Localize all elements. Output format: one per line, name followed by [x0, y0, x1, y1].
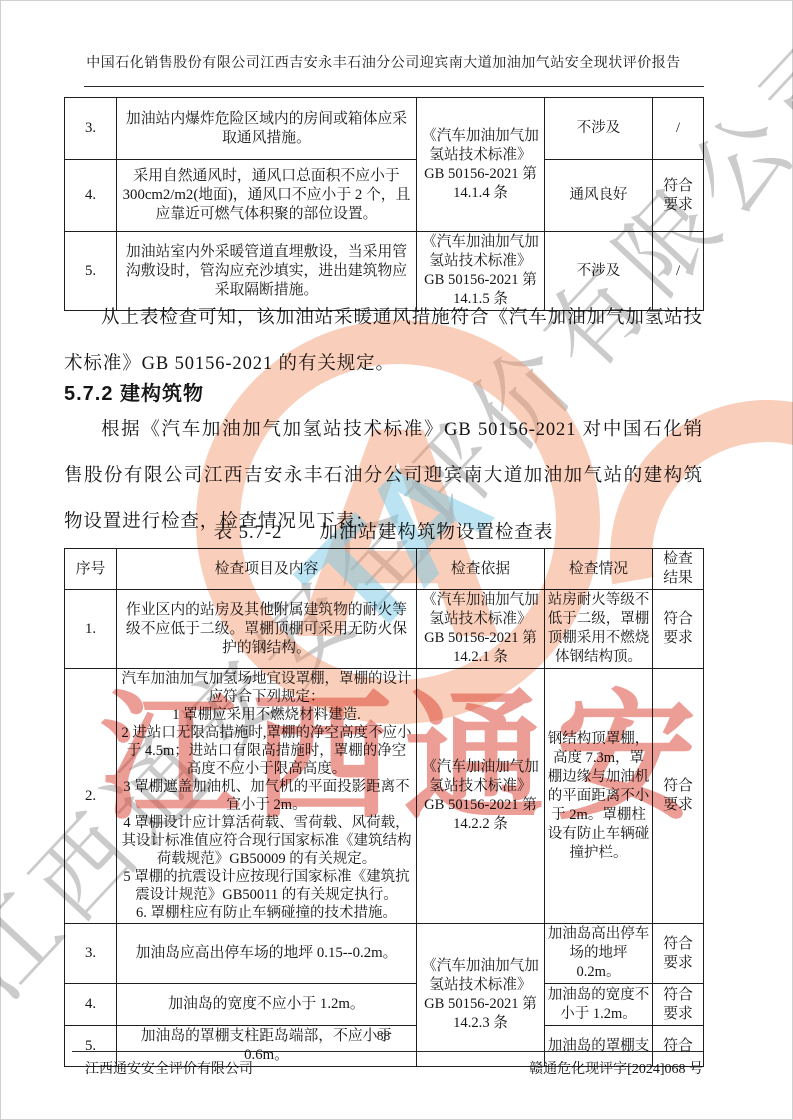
table-row: 3. 加油岛应高出停车场的地坪 0.15--0.2m。 《汽车加油加气加氢站技术…: [65, 924, 704, 984]
row-basis: 《汽车加油加气加氢站技术标准》GB 50156-2021 第 14.2.2 条: [417, 669, 545, 924]
table-row: 4. 采用自然通风时，通风口总面积不应小于 300cm2/m2(地面)，通风口不…: [65, 160, 704, 232]
structures-check-table: 序号 检查项目及内容 检查依据 检查情况 检查结果 1. 作业区内的站房及其他附…: [64, 548, 704, 1067]
footer-company-name: 江西通安安全评价有限公司: [85, 1058, 253, 1078]
row-situation: 站房耐火等级不低于二级，罩棚顶棚采用不燃烧体钢结构顶。: [545, 590, 653, 669]
page-number: 88: [64, 1028, 703, 1044]
row-situation: 通风良好: [545, 160, 653, 232]
page-content: 中国石化销售股份有限公司江西吉安永丰石油分公司迎宾南大道加油加气站安全现状评价报…: [0, 0, 793, 1120]
row-result: 符合要求: [653, 160, 704, 232]
row-no: 3.: [65, 924, 117, 984]
row-situation: 加油岛的宽度不小于 1.2m。: [545, 984, 653, 1026]
table-row: 3. 加油站内爆炸危险区域内的房间或箱体应采取通风措施。 《汽车加油加气加氢站技…: [65, 98, 704, 160]
table-row: 2. 汽车加油加气加氢场地宜设罩棚，罩棚的设计应符合下列规定： 1 罩棚应采用不…: [65, 669, 704, 924]
table-caption-label: 表 5.7-2: [214, 523, 283, 543]
table-header-row: 序号 检查项目及内容 检查依据 检查情况 检查结果: [65, 549, 704, 590]
row-no: 3.: [65, 98, 117, 160]
col-header-result: 检查结果: [653, 549, 704, 590]
table-row: 1. 作业区内的站房及其他附属建筑物的耐火等级不应低于二级。罩棚顶棚可采用无防火…: [65, 590, 704, 669]
section-heading: 5.7.2 建构筑物: [64, 377, 204, 406]
row-result: 符合要求: [653, 984, 704, 1026]
canopy-rule-item: 2 进站口无限高措施时,罩棚的净空高度不应小于 4.5m；进站口有限高措施时，罩…: [120, 724, 413, 778]
canopy-rule-item: 5 罩棚的抗震设计应按现行国家标准《建筑抗震设计规范》GB50011 的有关规定…: [120, 868, 413, 904]
row-content: 作业区内的站房及其他附属建筑物的耐火等级不应低于二级。罩棚顶棚可采用无防火保护的…: [117, 590, 417, 669]
row-content: 汽车加油加气加氢场地宜设罩棚，罩棚的设计应符合下列规定： 1 罩棚应采用不燃烧材…: [117, 669, 417, 924]
table-row: 4. 加油岛的宽度不应小于 1.2m。 加油岛的宽度不小于 1.2m。 符合要求: [65, 984, 704, 1026]
conclusion-paragraph: 从上表检查可知，该加油站采暖通风措施符合《汽车加油加气加氢站技术标准》GB 50…: [64, 295, 703, 387]
row-no: 4.: [65, 984, 117, 1026]
row-result: 符合要求: [653, 669, 704, 924]
row-result: 符合要求: [653, 590, 704, 669]
header-divider: [84, 86, 704, 87]
row-result: /: [653, 98, 704, 160]
row-no: 1.: [65, 590, 117, 669]
row-basis: 《汽车加油加气加氢站技术标准》GB 50156-2021 第 14.2.3 条: [417, 924, 545, 1067]
col-header-basis: 检查依据: [417, 549, 545, 590]
col-header-content: 检查项目及内容: [117, 549, 417, 590]
canopy-rule-item: 6. 罩棚柱应有防止车辆碰撞的技术措施。: [120, 904, 413, 922]
row-situation: 加油岛高出停车场的地坪 0.2m。: [545, 924, 653, 984]
row-result: 符合要求: [653, 924, 704, 984]
ventilation-check-table: 3. 加油站内爆炸危险区域内的房间或箱体应采取通风措施。 《汽车加油加气加氢站技…: [64, 97, 704, 311]
footer-divider: [72, 1051, 703, 1052]
row-situation: 不涉及: [545, 98, 653, 160]
col-header-no: 序号: [65, 549, 117, 590]
row-no: 4.: [65, 160, 117, 232]
row-content: 加油站内爆炸危险区域内的房间或箱体应采取通风措施。: [117, 98, 417, 160]
canopy-rule-intro: 汽车加油加气加氢场地宜设罩棚，罩棚的设计应符合下列规定：: [120, 670, 413, 706]
report-page: 中国石化销售股份有限公司江西吉安永丰石油分公司迎宾南大道加油加气站安全现状评价报…: [0, 0, 793, 1120]
canopy-rule-item: 3 罩棚遮盖加油机、加气机的平面投影距离不宜小于 2m。: [120, 778, 413, 814]
row-content: 采用自然通风时，通风口总面积不应小于 300cm2/m2(地面)，通风口不应小于…: [117, 160, 417, 232]
row-basis: 《汽车加油加气加氢站技术标准》GB 50156-2021 第 14.1.4 条: [417, 98, 545, 232]
row-content: 加油岛应高出停车场的地坪 0.15--0.2m。: [117, 924, 417, 984]
table-caption-title: 加油站建构筑物设置检查表: [319, 523, 553, 543]
row-basis: 《汽车加油加气加氢站技术标准》GB 50156-2021 第 14.2.1 条: [417, 590, 545, 669]
canopy-rule-item: 4 罩棚设计应计算活荷载、雪荷载、风荷载，其设计标准值应符合现行国家标准《建筑结…: [120, 814, 413, 868]
canopy-rule-item: 1 罩棚应采用不燃烧材料建造.: [120, 706, 413, 724]
col-header-situation: 检查情况: [545, 549, 653, 590]
row-content: 加油岛的宽度不应小于 1.2m。: [117, 984, 417, 1026]
footer-doc-number: 赣通危化现评字[2024]068 号: [529, 1058, 703, 1078]
page-footer: 江西通安安全评价有限公司 赣通危化现评字[2024]068 号: [85, 1058, 703, 1078]
page-header-title: 中国石化销售股份有限公司江西吉安永丰石油分公司迎宾南大道加油加气站安全现状评价报…: [64, 52, 703, 72]
row-situation: 钢结构顶罩棚，高度 7.3m，罩棚边缘与加油机的平面距离不小于 2m。罩棚柱设有…: [545, 669, 653, 924]
row-no: 2.: [65, 669, 117, 924]
table-caption: 表 5.7-2加油站建构筑物设置检查表: [64, 518, 703, 544]
